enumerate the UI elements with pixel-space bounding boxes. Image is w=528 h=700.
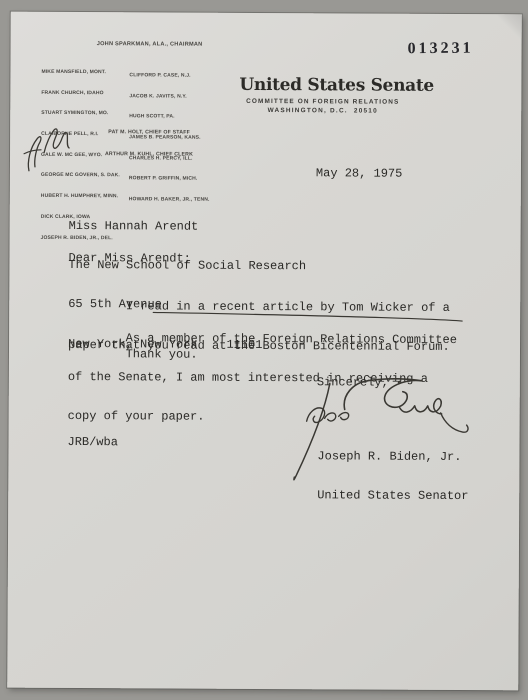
location-line: WASHINGTON, D.C. 20510 [239, 107, 406, 115]
member-name: CLIFFORD P. CASE, N.J. [129, 72, 210, 79]
letterhead-chairman-line: JOHN SPARKMAN, ALA., CHAIRMAN [31, 41, 269, 48]
senate-wordmark: United States Senate [239, 75, 406, 96]
body-line: As a member of the Foreign Relations Com… [68, 333, 457, 346]
member-name: MIKE MANSFIELD, MONT. [41, 69, 120, 76]
letter-date: May 28, 1975 [316, 166, 402, 180]
letterhead-center-block: United States Senate COMMITTEE ON FOREIG… [239, 75, 406, 115]
staff-line: PAT M. HOLT, CHIEF OF STAFF [30, 129, 268, 137]
body-line: copy of your paper. [68, 411, 457, 424]
member-name: JACOB K. JAVITS, N.Y. [129, 93, 210, 100]
signer-title: United States Senator [317, 490, 468, 502]
committee-line: COMMITTEE ON FOREIGN RELATIONS [239, 98, 406, 106]
salutation: Dear Miss Arendt: [68, 251, 190, 266]
page-corner-crease [498, 14, 522, 48]
member-name: FRANK CHURCH, IDAHO [41, 89, 120, 96]
signer-name: Joseph R. Biden, Jr. [317, 451, 468, 463]
letterhead-staff-lines: PAT M. HOLT, CHIEF OF STAFF ARTHUR M. KU… [30, 115, 268, 174]
member-name: GEORGE MC GOVERN, S. DAK. [41, 172, 120, 179]
document-stamp-number: 013231 [408, 40, 474, 59]
thanks-line: Thank you. [68, 347, 198, 362]
body-line: of the Senate, I am most interested in r… [68, 372, 457, 385]
scanned-letter-page: 013231 JOHN SPARKMAN, ALA., CHAIRMAN MIK… [7, 12, 522, 691]
staff-line: ARTHUR M. KUHL, CHIEF CLERK [30, 151, 268, 159]
address-line: Miss Hannah Arendt [69, 221, 307, 233]
closing-line: Sincerely, [317, 375, 389, 389]
typist-reference: JRB/wba [67, 435, 117, 449]
member-name: ROBERT P. GRIFFIN, MICH. [129, 176, 210, 183]
signature-block-typed: Joseph R. Biden, Jr. United States Senat… [317, 423, 469, 530]
